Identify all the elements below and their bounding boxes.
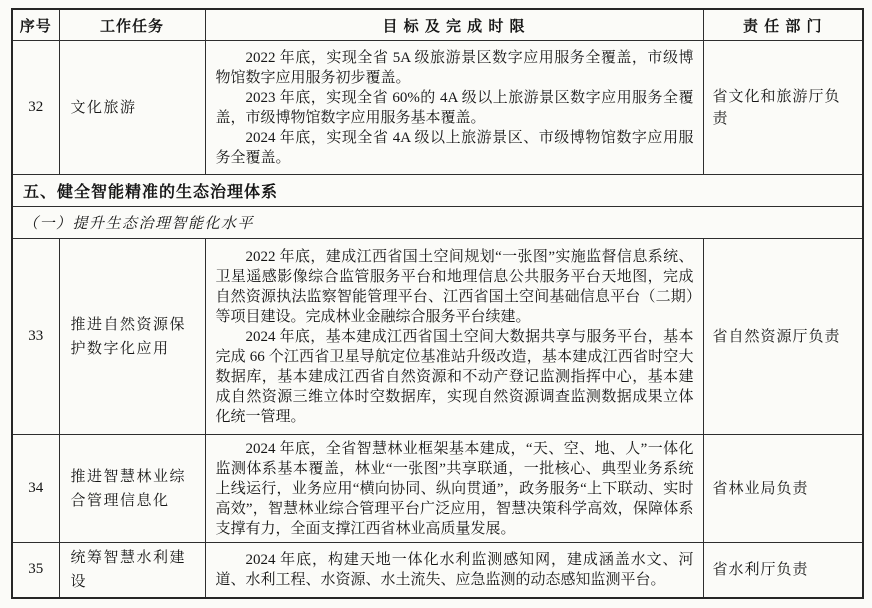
goal-paragraph: 2024 年底，全省智慧林业框架基本建成，“天、空、地、人”一体化监测体系基本覆… [216, 439, 694, 539]
table-row-34: 34 推进智慧林业综合管理信息化 2024 年底，全省智慧林业框架基本建成，“天… [12, 435, 863, 543]
row-35-number: 35 [12, 543, 59, 598]
row-34-number: 34 [12, 435, 59, 543]
col-header-no: 序号 [12, 9, 59, 41]
subsection-header-row: （一）提升生态治理智能化水平 [12, 207, 863, 239]
col-header-goal: 目 标 及 完 成 时 限 [205, 9, 703, 41]
goal-paragraph: 2023 年底，实现全省 60%的 4A 级以上旅游景区数字应用服务全覆盖，市级… [216, 88, 694, 128]
row-33-department: 省自然资源厅负责 [703, 239, 863, 435]
table-row-35: 35 统筹智慧水利建设 2024 年底，构建天地一体化水利监测感知网，建成涵盖水… [12, 543, 863, 598]
row-33-goal-cell: 2022 年底，建成江西省国土空间规划“一张图”实施监督信息系统、卫星遥感影像综… [205, 239, 703, 435]
row-32-goal-cell: 2022 年底，实现全省 5A 级旅游景区数字应用服务全覆盖，市级博物馆数字应用… [205, 41, 703, 175]
goal-paragraph: 2024 年底，实现全省 4A 级以上旅游景区、市级博物馆数字应用服务全覆盖。 [216, 128, 694, 168]
goal-paragraph: 2022 年底，实现全省 5A 级旅游景区数字应用服务全覆盖，市级博物馆数字应用… [216, 48, 694, 88]
goal-paragraph: 2022 年底，建成江西省国土空间规划“一张图”实施监督信息系统、卫星遥感影像综… [216, 247, 694, 327]
section-header-row: 五、健全智能精准的生态治理体系 [12, 175, 863, 207]
work-task-table: 序号 工作任务 目 标 及 完 成 时 限 责 任 部 门 32 文化旅游 20… [11, 8, 864, 599]
goal-paragraph: 2024 年底，基本建成江西省国土空间大数据共享与服务平台，基本完成 66 个江… [216, 327, 694, 427]
row-33-number: 33 [12, 239, 59, 435]
row-34-task: 推进智慧林业综合管理信息化 [59, 435, 205, 543]
row-32-number: 32 [12, 41, 59, 175]
section-title: 五、健全智能精准的生态治理体系 [12, 175, 863, 207]
subsection-title: （一）提升生态治理智能化水平 [12, 207, 863, 239]
row-34-department: 省林业局负责 [703, 435, 863, 543]
goal-paragraph: 2024 年底，构建天地一体化水利监测感知网，建成涵盖水文、河道、水利工程、水资… [216, 550, 694, 590]
table-row-33: 33 推进自然资源保护数字化应用 2022 年底，建成江西省国土空间规划“一张图… [12, 239, 863, 435]
table-row-32: 32 文化旅游 2022 年底，实现全省 5A 级旅游景区数字应用服务全覆盖，市… [12, 41, 863, 175]
table-header-row: 序号 工作任务 目 标 及 完 成 时 限 责 任 部 门 [12, 9, 863, 41]
col-header-task: 工作任务 [59, 9, 205, 41]
row-35-department: 省水利厅负责 [703, 543, 863, 598]
col-header-dept: 责 任 部 门 [703, 9, 863, 41]
row-35-goal-cell: 2024 年底，构建天地一体化水利监测感知网，建成涵盖水文、河道、水利工程、水资… [205, 543, 703, 598]
row-34-goal-cell: 2024 年底，全省智慧林业框架基本建成，“天、空、地、人”一体化监测体系基本覆… [205, 435, 703, 543]
row-32-department: 省文化和旅游厅负责 [703, 41, 863, 175]
row-32-task: 文化旅游 [59, 41, 205, 175]
row-35-task: 统筹智慧水利建设 [59, 543, 205, 598]
row-33-task: 推进自然资源保护数字化应用 [59, 239, 205, 435]
document-page: 序号 工作任务 目 标 及 完 成 时 限 责 任 部 门 32 文化旅游 20… [0, 0, 872, 608]
